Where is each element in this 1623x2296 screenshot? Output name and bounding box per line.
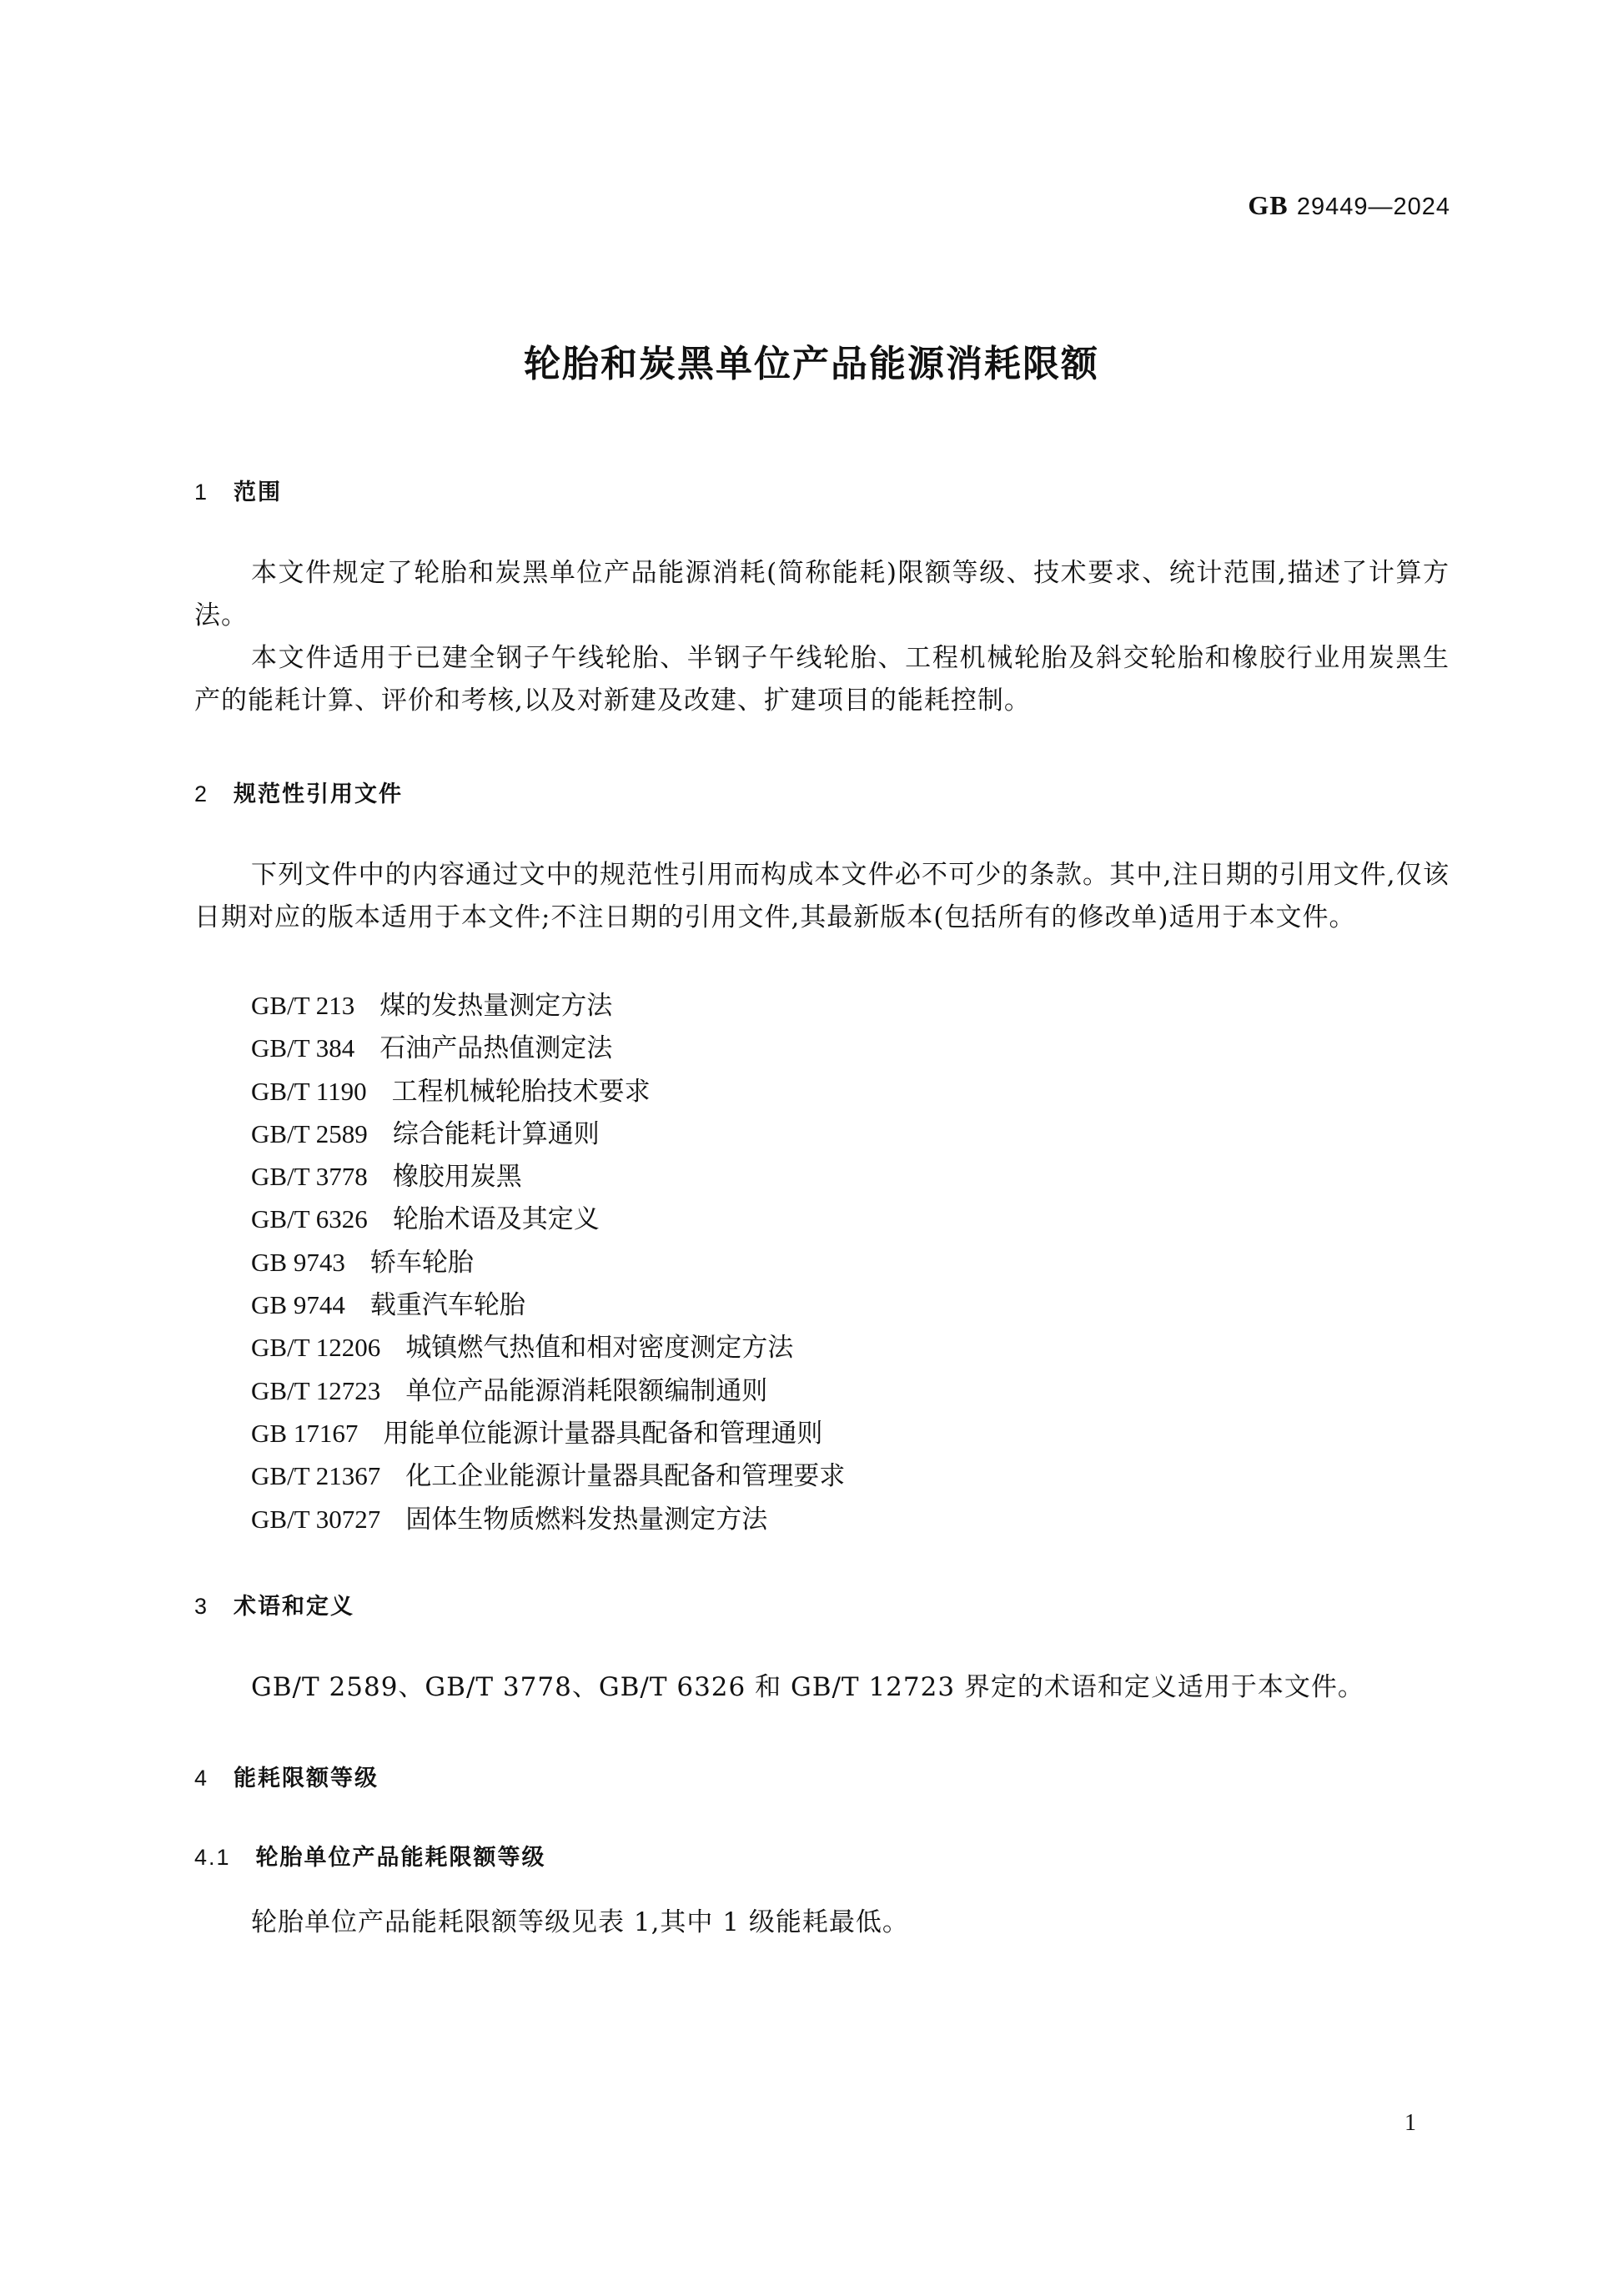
reference-item: GB/T 2589综合能耗计算通则: [251, 1113, 845, 1155]
reference-item: GB/T 21367化工企业能源计量器具配备和管理要求: [251, 1454, 845, 1497]
section-4-1-heading: 4.1轮胎单位产品能耗限额等级: [194, 1839, 546, 1871]
section-2-heading: 2规范性引用文件: [194, 776, 403, 808]
reference-item: GB 17167用能单位能源计量器具配备和管理通则: [251, 1412, 845, 1454]
reference-item: GB 9744载重汽车轮胎: [251, 1284, 845, 1326]
reference-item: GB/T 6326轮胎术语及其定义: [251, 1198, 845, 1240]
reference-item: GB/T 384石油产品热值测定法: [251, 1027, 845, 1069]
standard-number: GB 29449—2024: [1248, 190, 1450, 221]
reference-item: GB 9743轿车轮胎: [251, 1241, 845, 1284]
section-1-paragraph-2: 本文件适用于已建全钢子午线轮胎、半钢子午线轮胎、工程机械轮胎及斜交轮胎和橡胶行业…: [194, 637, 1450, 722]
section-1-paragraph-1: 本文件规定了轮胎和炭黑单位产品能源消耗(简称能耗)限额等级、技术要求、统计范围,…: [194, 552, 1450, 637]
standard-prefix: GB: [1248, 190, 1288, 220]
reference-item: GB/T 1190工程机械轮胎技术要求: [251, 1070, 845, 1113]
reference-item: GB/T 3778橡胶用炭黑: [251, 1155, 845, 1198]
section-1-heading: 1范围: [194, 474, 282, 506]
page-number: 1: [1404, 2110, 1416, 2137]
reference-item: GB/T 30727固体生物质燃料发热量测定方法: [251, 1498, 845, 1540]
reference-item: GB/T 12723单位产品能源消耗限额编制通则: [251, 1369, 845, 1412]
section-3-heading: 3术语和定义: [194, 1588, 354, 1620]
section-2-paragraph-1: 下列文件中的内容通过文中的规范性引用而构成本文件必不可少的条款。其中,注日期的引…: [194, 854, 1450, 939]
standard-code: 29449—2024: [1297, 193, 1450, 220]
reference-item: GB/T 213煤的发热量测定方法: [251, 984, 845, 1027]
section-3-paragraph-1: GB/T 2589、GB/T 3778、GB/T 6326 和 GB/T 127…: [194, 1666, 1450, 1709]
section-4-heading: 4能耗限额等级: [194, 1760, 379, 1792]
section-4-1-paragraph-1: 轮胎单位产品能耗限额等级见表 1,其中 1 级能耗最低。: [194, 1902, 1450, 1944]
document-title: 轮胎和炭黑单位产品能源消耗限额: [0, 334, 1623, 387]
reference-list: GB/T 213煤的发热量测定方法 GB/T 384石油产品热值测定法 GB/T…: [251, 984, 845, 1540]
reference-item: GB/T 12206城镇燃气热值和相对密度测定方法: [251, 1326, 845, 1369]
